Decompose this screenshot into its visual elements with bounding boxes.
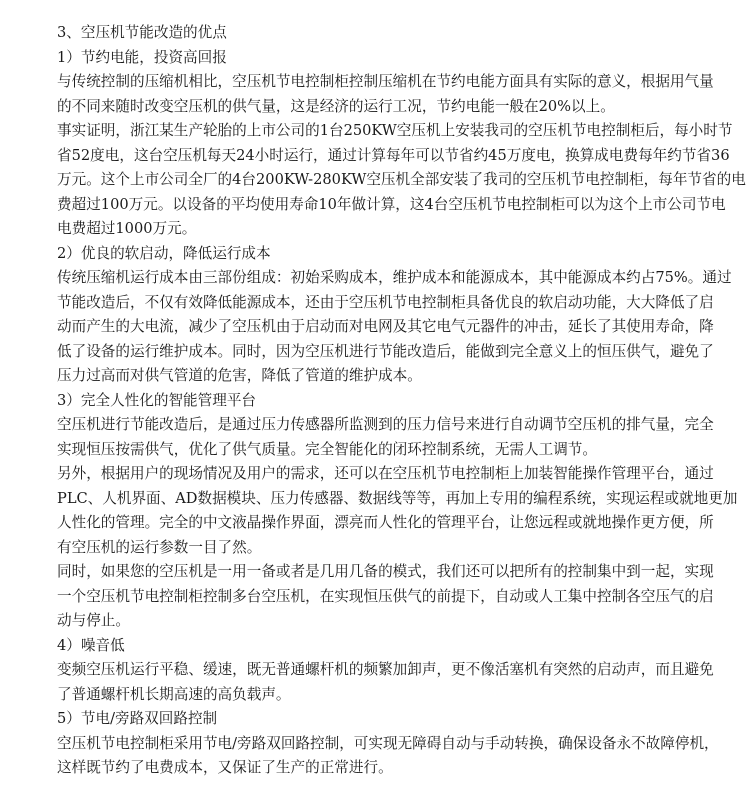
paragraph-line: 动而产生的大电流，减少了空压机由于启动而对电网及其它电气元器件的冲击，延长了其使… <box>57 315 697 340</box>
paragraph-line: 省52度电，这台空压机每天24小时运行，通过计算每年可以节省约45万度电，换算成… <box>57 144 697 169</box>
subsection-heading-low-noise: 4）噪音低 <box>57 634 697 659</box>
paragraph-line: 实现恒压按需供气，优化了供气质量。完全智能化的闭环控制系统，无需人工调节。 <box>57 438 697 463</box>
document-body: 3、空压机节能改造的优点 1）节约电能，投资高回报 与传统控制的压缩机相比，空压… <box>57 21 697 781</box>
paragraph-line: 有空压机的运行参数一目了然。 <box>57 536 697 561</box>
paragraph-line: 节能改造后，不仅有效降低能源成本，还由于空压机节电控制柜具备优良的软启动功能，大… <box>57 291 697 316</box>
paragraph-line: 另外，根据用户的现场情况及用户的需求，还可以在空压机节电控制柜上加装智能操作管理… <box>57 462 697 487</box>
paragraph-line: 与传统控制的压缩机相比，空压机节电控制柜控制压缩机在节约电能方面具有实际的意义，… <box>57 70 697 95</box>
paragraph-line: 压力过高而对供气管道的危害，降低了管道的维护成本。 <box>57 364 697 389</box>
paragraph-line: 低了设备的运行维护成本。同时，因为空压机进行节能改造后，能做到完全意义上的恒压供… <box>57 340 697 365</box>
paragraph-line: PLC、人机界面、AD数据模块、压力传感器、数据线等等，再加上专用的编程系统，实… <box>57 487 697 512</box>
paragraph-line: 空压机进行节能改造后，是通过压力传感器所监测到的压力信号来进行自动调节空压机的排… <box>57 413 697 438</box>
paragraph-line: 传统压缩机运行成本由三部份组成：初始采购成本，维护成本和能源成本，其中能源成本约… <box>57 266 697 291</box>
paragraph-line: 一个空压机节电控制柜控制多台空压机，在实现恒压供气的前提下，自动或人工集中控制各… <box>57 585 697 610</box>
subsection-heading-soft-start: 2）优良的软启动，降低运行成本 <box>57 242 697 267</box>
subsection-heading-dual-circuit: 5）节电/旁路双回路控制 <box>57 707 697 732</box>
paragraph-line: 的不同来随时改变空压机的供气量，这是经济的运行工况，节约电能一般在20%以上。 <box>57 95 697 120</box>
paragraph-line: 事实证明，浙江某生产轮胎的上市公司的1台250KW空压机上安装我司的空压机节电控… <box>57 119 697 144</box>
paragraph-line: 变频空压机运行平稳、缓速，既无普通螺杆机的频繁加卸声，更不像活塞机有突然的启动声… <box>57 658 697 683</box>
paragraph-line: 费超过100万元。以设备的平均使用寿命10年做计算，这4台空压机节电控制柜可以为… <box>57 193 697 218</box>
section-title: 3、空压机节能改造的优点 <box>57 21 697 46</box>
paragraph-line: 人性化的管理。完全的中文液晶操作界面，漂亮而人性化的管理平台，让您远程或就地操作… <box>57 511 697 536</box>
subsection-heading-energy-saving: 1）节约电能，投资高回报 <box>57 46 697 71</box>
paragraph-line: 动与停止。 <box>57 609 697 634</box>
subsection-heading-smart-platform: 3）完全人性化的智能管理平台 <box>57 389 697 414</box>
paragraph-line: 万元。这个上市公司全厂的4台200KW-280KW空压机全部安装了我司的空压机节… <box>57 168 697 193</box>
paragraph-line: 电费超过1000万元。 <box>57 217 697 242</box>
paragraph-line: 这样既节约了电费成本，又保证了生产的正常进行。 <box>57 756 697 781</box>
paragraph-line: 了普通螺杆机长期高速的高负载声。 <box>57 683 697 708</box>
paragraph-line: 空压机节电控制柜采用节电/旁路双回路控制，可实现无障碍自动与手动转换，确保设备永… <box>57 732 697 757</box>
paragraph-line: 同时，如果您的空压机是一用一备或者是几用几备的模式，我们还可以把所有的控制集中到… <box>57 560 697 585</box>
